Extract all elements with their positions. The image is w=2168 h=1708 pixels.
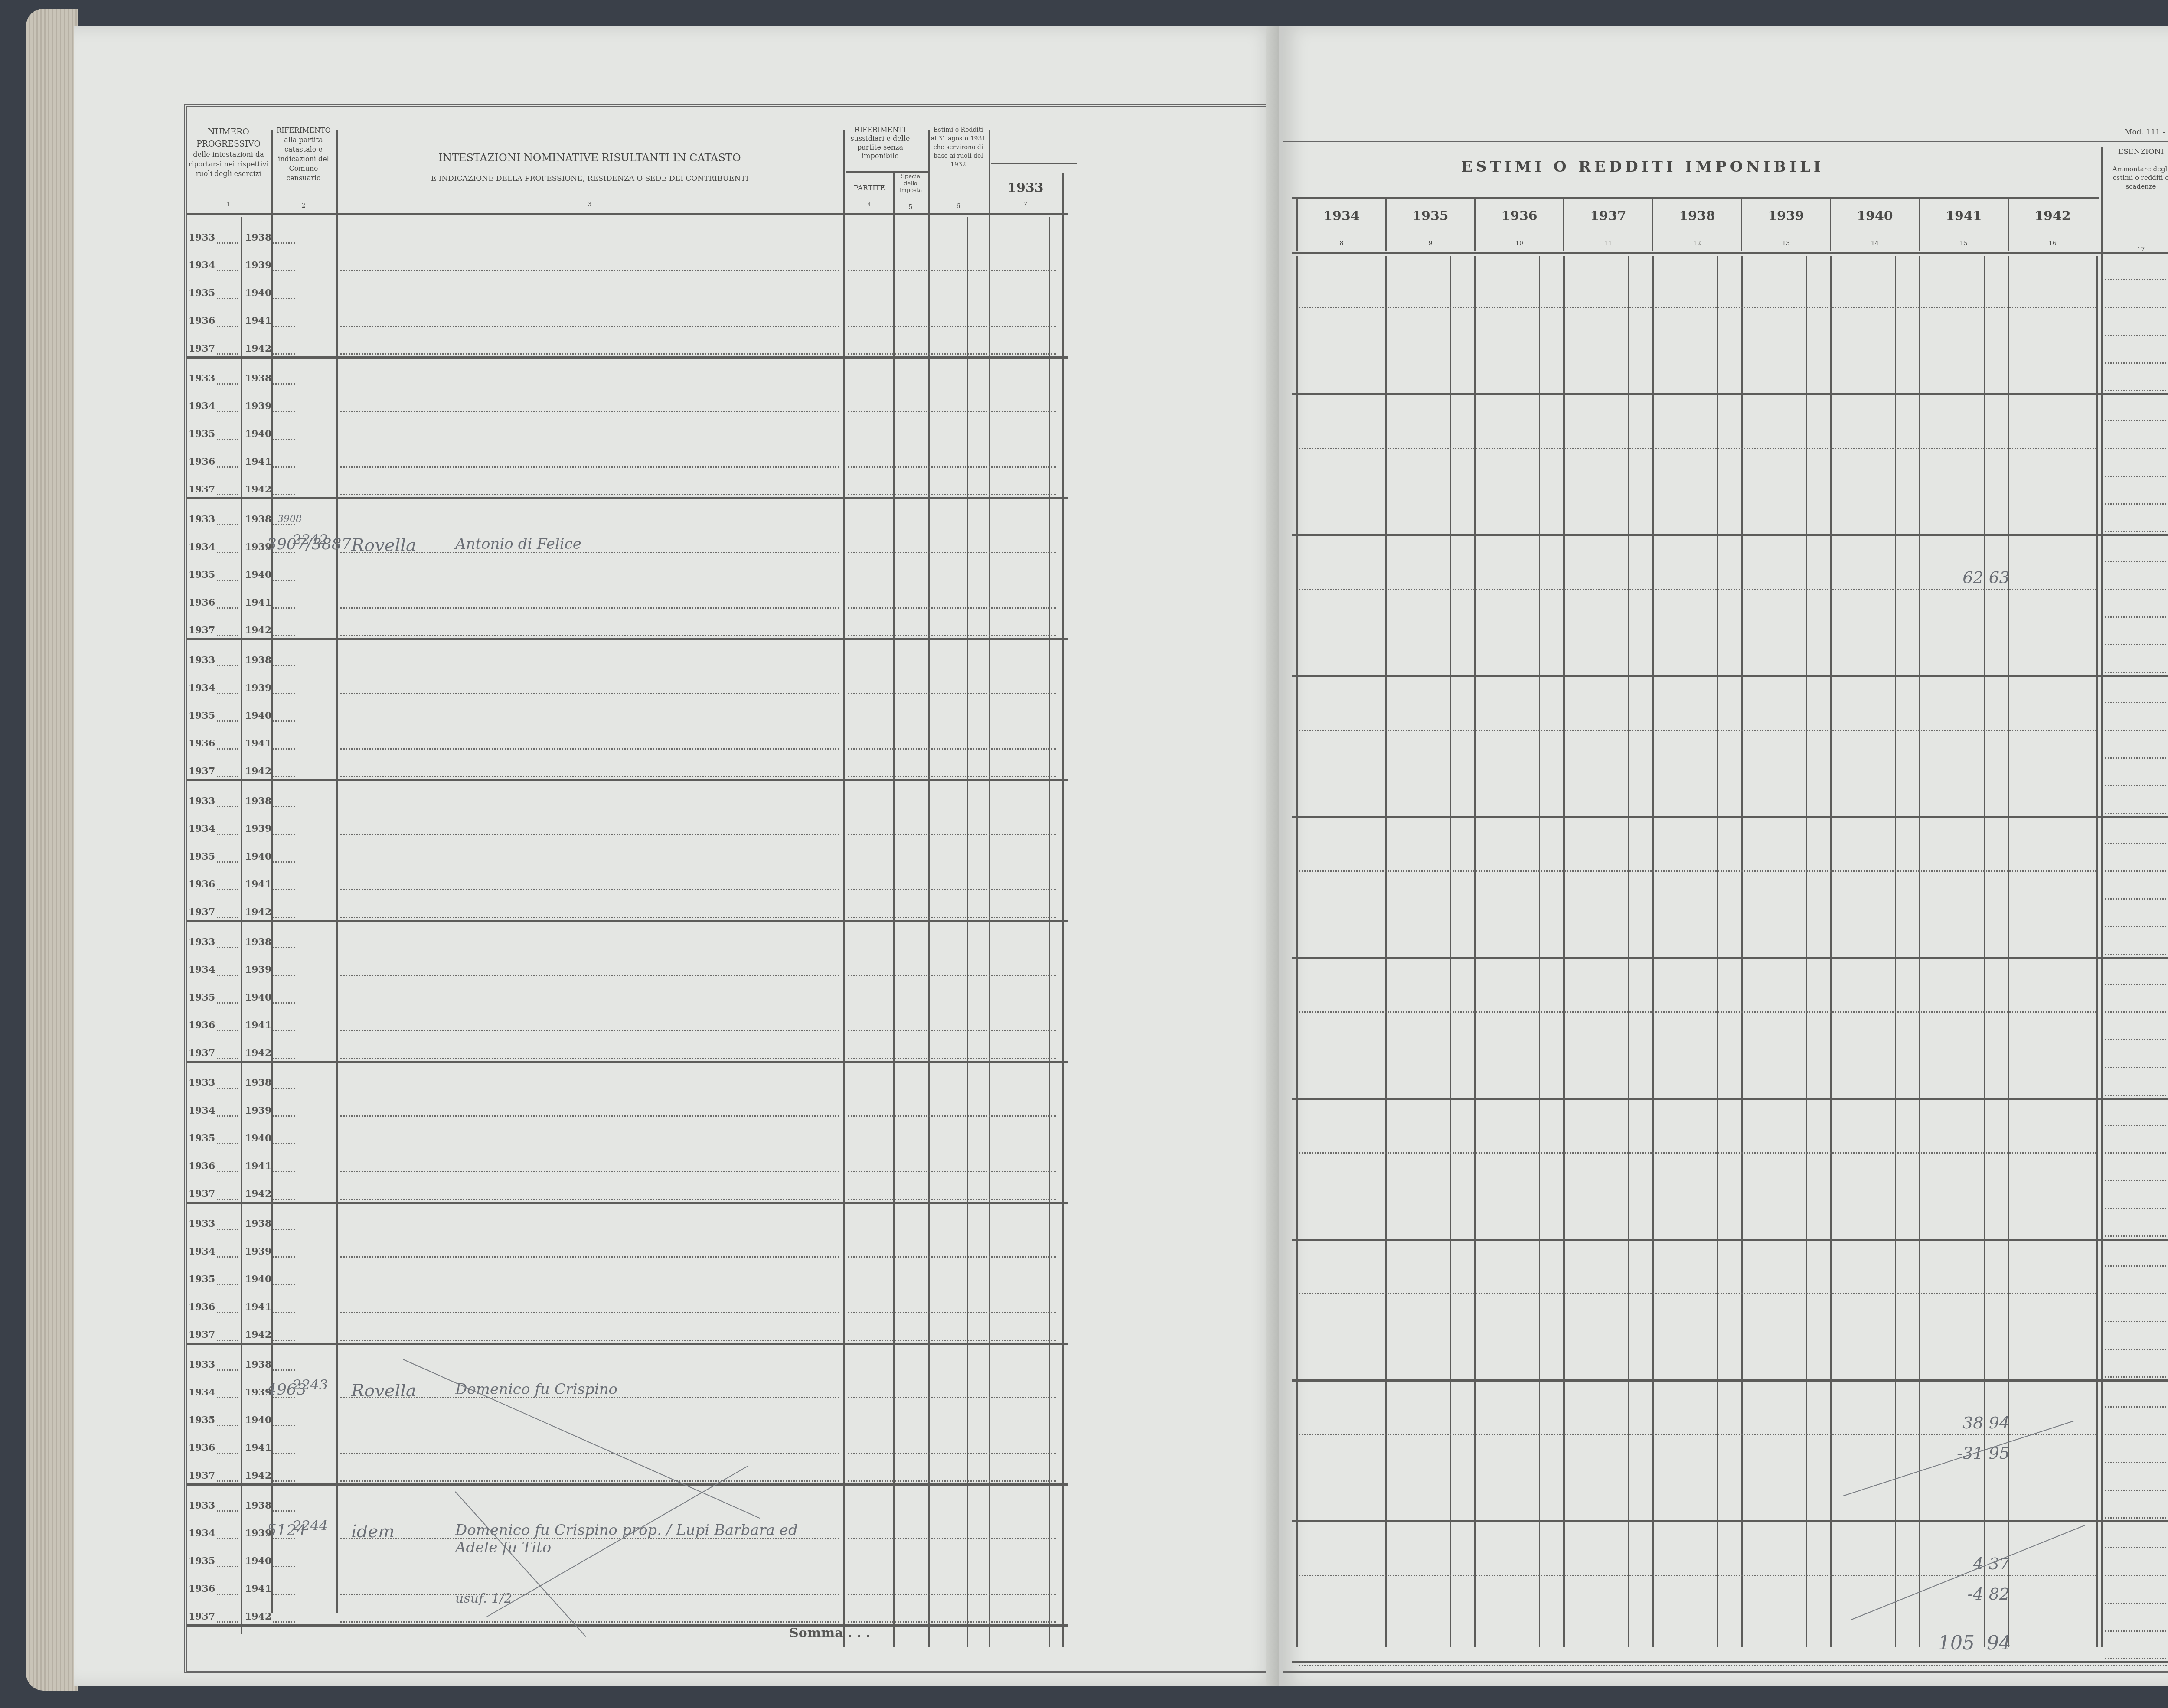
year-label: 1941: [245, 1160, 271, 1172]
dotted-line: [273, 834, 295, 835]
value-line: [1299, 1152, 2096, 1154]
col-line: [1919, 256, 1920, 1647]
year-label: 1936: [189, 1442, 215, 1454]
handwritten-ref-note: 3908: [278, 514, 302, 525]
col-subline: [1717, 256, 1718, 1647]
col-line: [1049, 217, 1050, 1647]
col-line: [893, 173, 895, 1647]
ref-line: [848, 1538, 1056, 1539]
column-number: 13: [1742, 238, 1830, 250]
name-line: [340, 1115, 839, 1117]
dotted-line: [217, 748, 238, 750]
header-numero-progressivo: NUMERO PROGRESSIVO delle intestazioni da…: [187, 126, 270, 212]
exemption-line: [2105, 1265, 2168, 1267]
exemption-line: [2105, 1067, 2168, 1068]
exemption-line: [2105, 757, 2168, 759]
exemption-line: [2105, 1011, 2168, 1013]
row-divider: [1292, 1379, 2168, 1382]
dotted-line: [273, 1566, 295, 1567]
book-page-edges-left: [26, 9, 78, 1691]
name-line: [340, 975, 839, 976]
dotted-line: [217, 353, 238, 355]
dotted-line: [217, 580, 238, 581]
dotted-line: [217, 242, 238, 244]
column-number: 4: [846, 199, 893, 211]
dotted-line: [217, 552, 238, 553]
exemption-line: [2105, 730, 2168, 731]
year-label: 1934: [189, 682, 215, 694]
ref-line: [848, 1453, 1056, 1454]
header-title: 1933: [991, 182, 1060, 194]
amount-integer: 62: [1962, 568, 1983, 587]
year-label: 1937: [189, 484, 215, 495]
year-label: 1938: [245, 1077, 271, 1089]
year-label: 1938: [245, 1500, 271, 1511]
year-label: 1933: [189, 514, 215, 525]
dotted-line: [273, 439, 295, 440]
dotted-line: [217, 1621, 238, 1623]
handwritten-amount: 38 94: [1936, 1413, 2010, 1432]
dotted-line: [217, 975, 238, 976]
dotted-line: [217, 1425, 238, 1426]
col-line: [1296, 256, 1298, 1647]
ref-line: [848, 635, 1056, 636]
year-label: 1940: [245, 1133, 271, 1144]
year-title: 1939: [1742, 210, 1830, 222]
value-line: [1299, 448, 2096, 449]
year-label: 1937: [189, 766, 215, 777]
amount-integer: -31: [1957, 1444, 1983, 1463]
col-line: [1474, 256, 1476, 1647]
exemption-line: [2105, 616, 2168, 618]
year-title: 1941: [1920, 210, 2008, 222]
year-label: 1936: [189, 1160, 215, 1172]
name-line: [340, 1030, 839, 1031]
right-page-title: ESTIMI O REDDITI IMPONIBILI: [1461, 158, 1824, 176]
dotted-line: [273, 580, 295, 581]
dotted-line: [273, 693, 295, 694]
col-subline: [2073, 256, 2073, 1647]
ref-line: [848, 607, 1056, 609]
exemption-line: [2105, 1293, 2168, 1294]
year-label: 1937: [189, 1329, 215, 1340]
name-line: [340, 889, 839, 890]
exemption-line: [2105, 644, 2168, 645]
header-estimi-1931: Estimi o Redditi al 31 agosto 1931 che s…: [930, 126, 986, 212]
dotted-line: [273, 326, 295, 327]
year-label: 1934: [189, 1387, 215, 1398]
year-column-header: 194216: [2008, 199, 2096, 251]
amount-decimal: 82: [1989, 1584, 2010, 1604]
header-title: RIFERIMENTI: [846, 126, 915, 134]
row-divider: [1292, 1098, 2168, 1100]
header-divider: [187, 213, 1068, 215]
header-title: Estimi o Redditi: [930, 126, 986, 134]
name-line: [340, 607, 839, 609]
handwritten-ref: 3907/3887: [267, 535, 351, 553]
year-label: 1936: [189, 879, 215, 890]
year-label: 1935: [189, 1274, 215, 1285]
year-label: 1941: [245, 1442, 271, 1454]
dotted-line: [273, 242, 295, 244]
year-label: 1937: [189, 1047, 215, 1059]
dotted-line: [273, 1256, 295, 1258]
year-label: 1937: [189, 1611, 215, 1622]
year-column-header: 193610: [1474, 199, 1563, 251]
year-label: 1942: [245, 1611, 271, 1622]
dotted-line: [273, 665, 295, 666]
col-subline: [1806, 256, 1807, 1647]
handwritten-amount: -4 82: [1936, 1584, 2010, 1604]
ref-line: [848, 1115, 1056, 1117]
dotted-line: [273, 1425, 295, 1426]
row-divider: [1292, 1520, 2168, 1522]
year-label: 1937: [189, 906, 215, 918]
right-table-frame: [1283, 141, 2168, 1673]
header-title: PARTITE: [846, 182, 893, 194]
row-divider: [187, 779, 1068, 781]
row-divider: [1292, 816, 2168, 818]
exemption-line: [2105, 420, 2168, 421]
exemption-line: [2105, 531, 2168, 532]
dotted-line: [273, 1284, 295, 1285]
year-label: 1934: [189, 1246, 215, 1257]
col-line: [2008, 256, 2009, 1647]
exemption-line: [2105, 870, 2168, 872]
row-divider: [187, 1624, 1068, 1627]
year-label: 1940: [245, 428, 271, 440]
value-line: [1299, 870, 2096, 872]
year-label: 1936: [189, 1583, 215, 1594]
ref-line: [848, 1594, 1056, 1595]
column-number: 10: [1476, 238, 1563, 250]
dotted-line: [217, 1510, 238, 1512]
exemption-line: [2105, 1376, 2168, 1378]
right-page: Mod. 111 - Imposte Dirette (Intercalare)…: [1279, 26, 2168, 1686]
dotted-line: [273, 889, 295, 890]
year-label: 1933: [189, 655, 215, 666]
header-title: RIFERIMENTO: [273, 126, 334, 135]
dotted-line: [273, 917, 295, 918]
col-line: [241, 217, 242, 1634]
exemption-line: [2105, 589, 2168, 590]
dotted-line: [273, 1621, 295, 1623]
year-title: 1940: [1831, 210, 1919, 222]
name-line: [340, 1480, 839, 1482]
year-label: 1937: [189, 625, 215, 636]
exemption-line: [2105, 1490, 2168, 1491]
dotted-line: [273, 1480, 295, 1482]
year-label: 1940: [245, 992, 271, 1003]
dotted-line: [273, 1058, 295, 1059]
exemption-line: [2105, 702, 2168, 703]
dotted-line: [273, 748, 295, 750]
row-divider: [187, 1061, 1068, 1063]
year-column-header: 193913: [1741, 199, 1830, 251]
amount-decimal: 63: [1989, 568, 2010, 587]
header-sub: Ammontare degli estimi o redditi e scade…: [2103, 165, 2168, 191]
dotted-line: [217, 411, 238, 412]
header-divider: [846, 171, 928, 173]
year-label: 1933: [189, 1077, 215, 1089]
row-divider: [187, 356, 1068, 359]
row-divider: [1292, 675, 2168, 677]
name-line: [340, 1199, 839, 1200]
dotted-line: [217, 889, 238, 890]
name-line: [340, 635, 839, 636]
exemption-line: [2105, 1658, 2168, 1659]
year-label: 1936: [189, 1020, 215, 1031]
dotted-line: [217, 607, 238, 609]
year-label: 1935: [189, 287, 215, 299]
name-line: [340, 494, 839, 495]
ref-line: [848, 1199, 1056, 1200]
dotted-line: [217, 861, 238, 863]
dotted-line: [217, 776, 238, 777]
dotted-line: [217, 298, 238, 299]
dotted-line: [217, 635, 238, 636]
year-label: 1942: [245, 625, 271, 636]
year-title: 1936: [1476, 210, 1563, 222]
col-line: [336, 130, 338, 1613]
header-dash: —: [2103, 156, 2168, 165]
col-subline: [1895, 256, 1896, 1647]
dotted-line: [273, 1088, 295, 1089]
row-divider: [1292, 957, 2168, 959]
year-label: 1935: [189, 428, 215, 440]
handwritten-surname: Rovella: [351, 535, 416, 555]
column-number: 15: [1920, 238, 2008, 250]
dotted-line: [273, 1510, 295, 1512]
year-label: 1942: [245, 484, 271, 495]
year-label: 1933: [189, 936, 215, 948]
year-label: 1938: [245, 795, 271, 807]
handwritten-ref: 4963: [267, 1381, 307, 1398]
header-esenzioni: ESENZIONI — Ammontare degli estimi o red…: [2103, 147, 2168, 256]
exemption-line: [2105, 362, 2168, 364]
exemption-line: [2105, 785, 2168, 786]
exemption-line: [2105, 1235, 2168, 1237]
year-label: 1933: [189, 232, 215, 243]
year-column-header: 19359: [1385, 199, 1474, 251]
dotted-line: [217, 494, 238, 495]
exemption-line: [2105, 476, 2168, 477]
year-label: 1939: [245, 260, 271, 271]
dotted-line: [273, 1594, 295, 1595]
dotted-line: [217, 1256, 238, 1258]
name-line: [340, 834, 839, 835]
year-column-header: 193812: [1652, 199, 1741, 251]
year-label: 1940: [245, 1555, 271, 1567]
year-label: 1939: [245, 682, 271, 694]
header-divider: [1292, 252, 2168, 254]
dotted-line: [273, 975, 295, 976]
header-sub: E INDICAZIONE DELLA PROFESSIONE, RESIDEN…: [338, 173, 841, 185]
year-label: 1941: [245, 879, 271, 890]
dotted-line: [217, 1171, 238, 1172]
amount-integer: 4: [1973, 1554, 1983, 1573]
year-label: 1933: [189, 1218, 215, 1229]
dotted-line: [217, 1453, 238, 1454]
col-subline: [1984, 256, 1985, 1647]
year-label: 1941: [245, 1583, 271, 1594]
ref-line: [848, 1030, 1056, 1031]
dotted-line: [217, 1030, 238, 1031]
dotted-line: [217, 1002, 238, 1004]
left-page: NUMERO PROGRESSIVO delle intestazioni da…: [74, 26, 1279, 1686]
year-label: 1934: [189, 260, 215, 271]
header-title: Specie della Imposta: [895, 173, 926, 194]
column-number: 2: [273, 201, 334, 211]
amount-decimal: 95: [1989, 1444, 2010, 1463]
header-sub: al 31 agosto 1931 che servirono di base …: [930, 134, 986, 169]
exemption-line: [2105, 448, 2168, 449]
year-label: 1941: [245, 597, 271, 608]
exemption-line: [2105, 672, 2168, 673]
exemption-line: [2105, 1095, 2168, 1096]
dotted-line: [273, 861, 295, 863]
col-line: [1741, 256, 1743, 1647]
name-line: [340, 693, 839, 694]
header-1933: 1933 7: [991, 173, 1060, 212]
dotted-line: [217, 665, 238, 666]
header-sub: delle intestazioni da riportarsi nei ris…: [187, 150, 270, 179]
year-label: 1941: [245, 1301, 271, 1313]
col-subline: [1450, 256, 1451, 1647]
dotted-line: [217, 270, 238, 271]
exemption-line: [2105, 1208, 2168, 1209]
header-title: INTESTAZIONI NOMINATIVE RISULTANTI IN CA…: [338, 152, 841, 164]
year-label: 1942: [245, 1188, 271, 1200]
column-number: 3: [338, 199, 841, 211]
ref-line: [848, 748, 1056, 750]
column-number: 6: [930, 202, 986, 211]
exemption-line: [2105, 1349, 2168, 1350]
name-line: [340, 1171, 839, 1172]
year-label: 1938: [245, 373, 271, 384]
year-label: 1941: [245, 738, 271, 749]
row-divider: [187, 1343, 1068, 1345]
name-line: [340, 466, 839, 468]
dotted-line: [273, 1171, 295, 1172]
name-line: [340, 1594, 839, 1595]
value-line: [1299, 1434, 2096, 1435]
col-line: [1652, 256, 1654, 1647]
year-label: 1934: [189, 1528, 215, 1539]
year-label: 1933: [189, 1500, 215, 1511]
year-label: 1936: [189, 738, 215, 749]
dotted-line: [217, 1480, 238, 1482]
amount-decimal: 94: [1989, 1413, 2010, 1432]
ref-line: [848, 889, 1056, 890]
column-number: 5: [895, 204, 926, 211]
year-label: 1938: [245, 936, 271, 948]
dotted-line: [273, 607, 295, 609]
handwritten-amount: 62 63: [1936, 568, 2010, 587]
year-column-header: 193711: [1563, 199, 1652, 251]
row-divider: [187, 497, 1068, 499]
year-label: 1940: [245, 287, 271, 299]
dotted-line: [217, 1143, 238, 1144]
year-label: 1939: [245, 401, 271, 412]
year-label: 1934: [189, 541, 215, 553]
year-label: 1941: [245, 1020, 271, 1031]
handwritten-surname: Rovella: [351, 1381, 416, 1401]
ref-line: [848, 834, 1056, 835]
dotted-line: [273, 466, 295, 468]
name-line: [340, 270, 839, 271]
row-divider: [1292, 1661, 2168, 1663]
year-label: 1941: [245, 315, 271, 326]
ref-line: [848, 1058, 1056, 1059]
year-label: 1942: [245, 1329, 271, 1340]
year-title: 1937: [1564, 210, 1652, 222]
row-divider: [187, 920, 1068, 922]
handwritten-note: usuf. 1/2: [455, 1591, 512, 1606]
header-riferimenti-sussidiari: RIFERIMENTI sussidiari e delle partite s…: [846, 126, 915, 169]
ref-line: [848, 1312, 1056, 1313]
dotted-line: [273, 1229, 295, 1230]
dotted-line: [273, 1453, 295, 1454]
exemption-line: [2105, 1434, 2168, 1435]
year-label: 1936: [189, 315, 215, 326]
col-subline: [1362, 256, 1362, 1647]
col-line: [2101, 147, 2103, 1647]
year-label: 1938: [245, 1218, 271, 1229]
exemption-line: [2105, 984, 2168, 985]
ref-line: [848, 776, 1056, 777]
year-label: 1942: [245, 766, 271, 777]
dotted-line: [217, 806, 238, 807]
year-label: 1937: [189, 1470, 215, 1481]
sum-value: 105 94: [1938, 1632, 2011, 1654]
year-label: 1939: [245, 964, 271, 975]
dotted-line: [217, 720, 238, 722]
ref-line: [848, 975, 1056, 976]
dotted-line: [217, 383, 238, 385]
dotted-line: [217, 947, 238, 948]
column-number: 8: [1298, 238, 1385, 250]
exemption-line: [2105, 813, 2168, 814]
exemption-line: [2105, 279, 2168, 280]
year-label: 1939: [245, 1246, 271, 1257]
value-line: [1299, 730, 2096, 731]
ref-line: [848, 326, 1056, 327]
value-line: [1299, 1575, 2096, 1576]
form-id: Mod. 111 - Imposte Dirette (Intercalare)…: [2125, 128, 2168, 137]
dotted-line: [273, 383, 295, 385]
year-label: 1933: [189, 373, 215, 384]
exemption-line: [2105, 1180, 2168, 1181]
year-label: 1942: [245, 1470, 271, 1481]
year-label: 1937: [189, 1188, 215, 1200]
dotted-line: [273, 1369, 295, 1371]
dotted-line: [217, 1340, 238, 1341]
dotted-line: [217, 1229, 238, 1230]
header-riferimento: RIFERIMENTO alla partita catastale e ind…: [273, 126, 334, 212]
dotted-line: [217, 693, 238, 694]
row-divider: [187, 1202, 1068, 1204]
ref-line: [848, 494, 1056, 495]
header-title: ESENZIONI: [2103, 147, 2168, 156]
year-label: 1939: [245, 1105, 271, 1116]
year-label: 1936: [189, 1301, 215, 1313]
dotted-line: [217, 1566, 238, 1567]
year-label: 1942: [245, 906, 271, 918]
column-number: 16: [2009, 238, 2096, 250]
ref-line: [848, 1397, 1056, 1398]
ref-line: [848, 917, 1056, 918]
